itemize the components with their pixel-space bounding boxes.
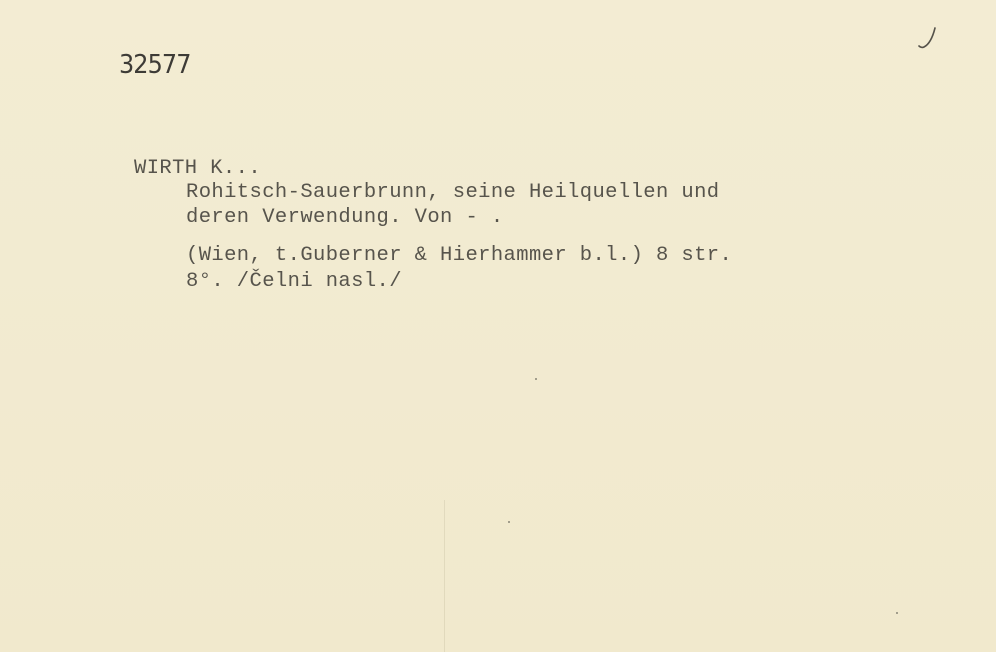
title-line-2: deren Verwendung. Von - .: [186, 205, 504, 231]
paper-speck: [508, 521, 510, 523]
paper-speck: [896, 612, 898, 614]
imprint-line-1: (Wien, t.Guberner & Hierhammer b.l.) 8 s…: [186, 243, 732, 269]
imprint-line-2: 8°. /Čelni nasl./: [186, 269, 402, 295]
card-number: 32577: [119, 50, 191, 80]
author-heading: WIRTH K...: [134, 156, 261, 182]
catalog-card: 32577 WIRTH K... Rohitsch-Sauerbrunn, se…: [0, 0, 996, 652]
paper-speck: [535, 378, 537, 380]
title-line-1: Rohitsch-Sauerbrunn, seine Heilquellen u…: [186, 180, 719, 206]
catalog-entry: WIRTH K... Rohitsch-Sauerbrunn, seine He…: [0, 0, 51, 182]
checkmark-icon: [918, 26, 940, 52]
